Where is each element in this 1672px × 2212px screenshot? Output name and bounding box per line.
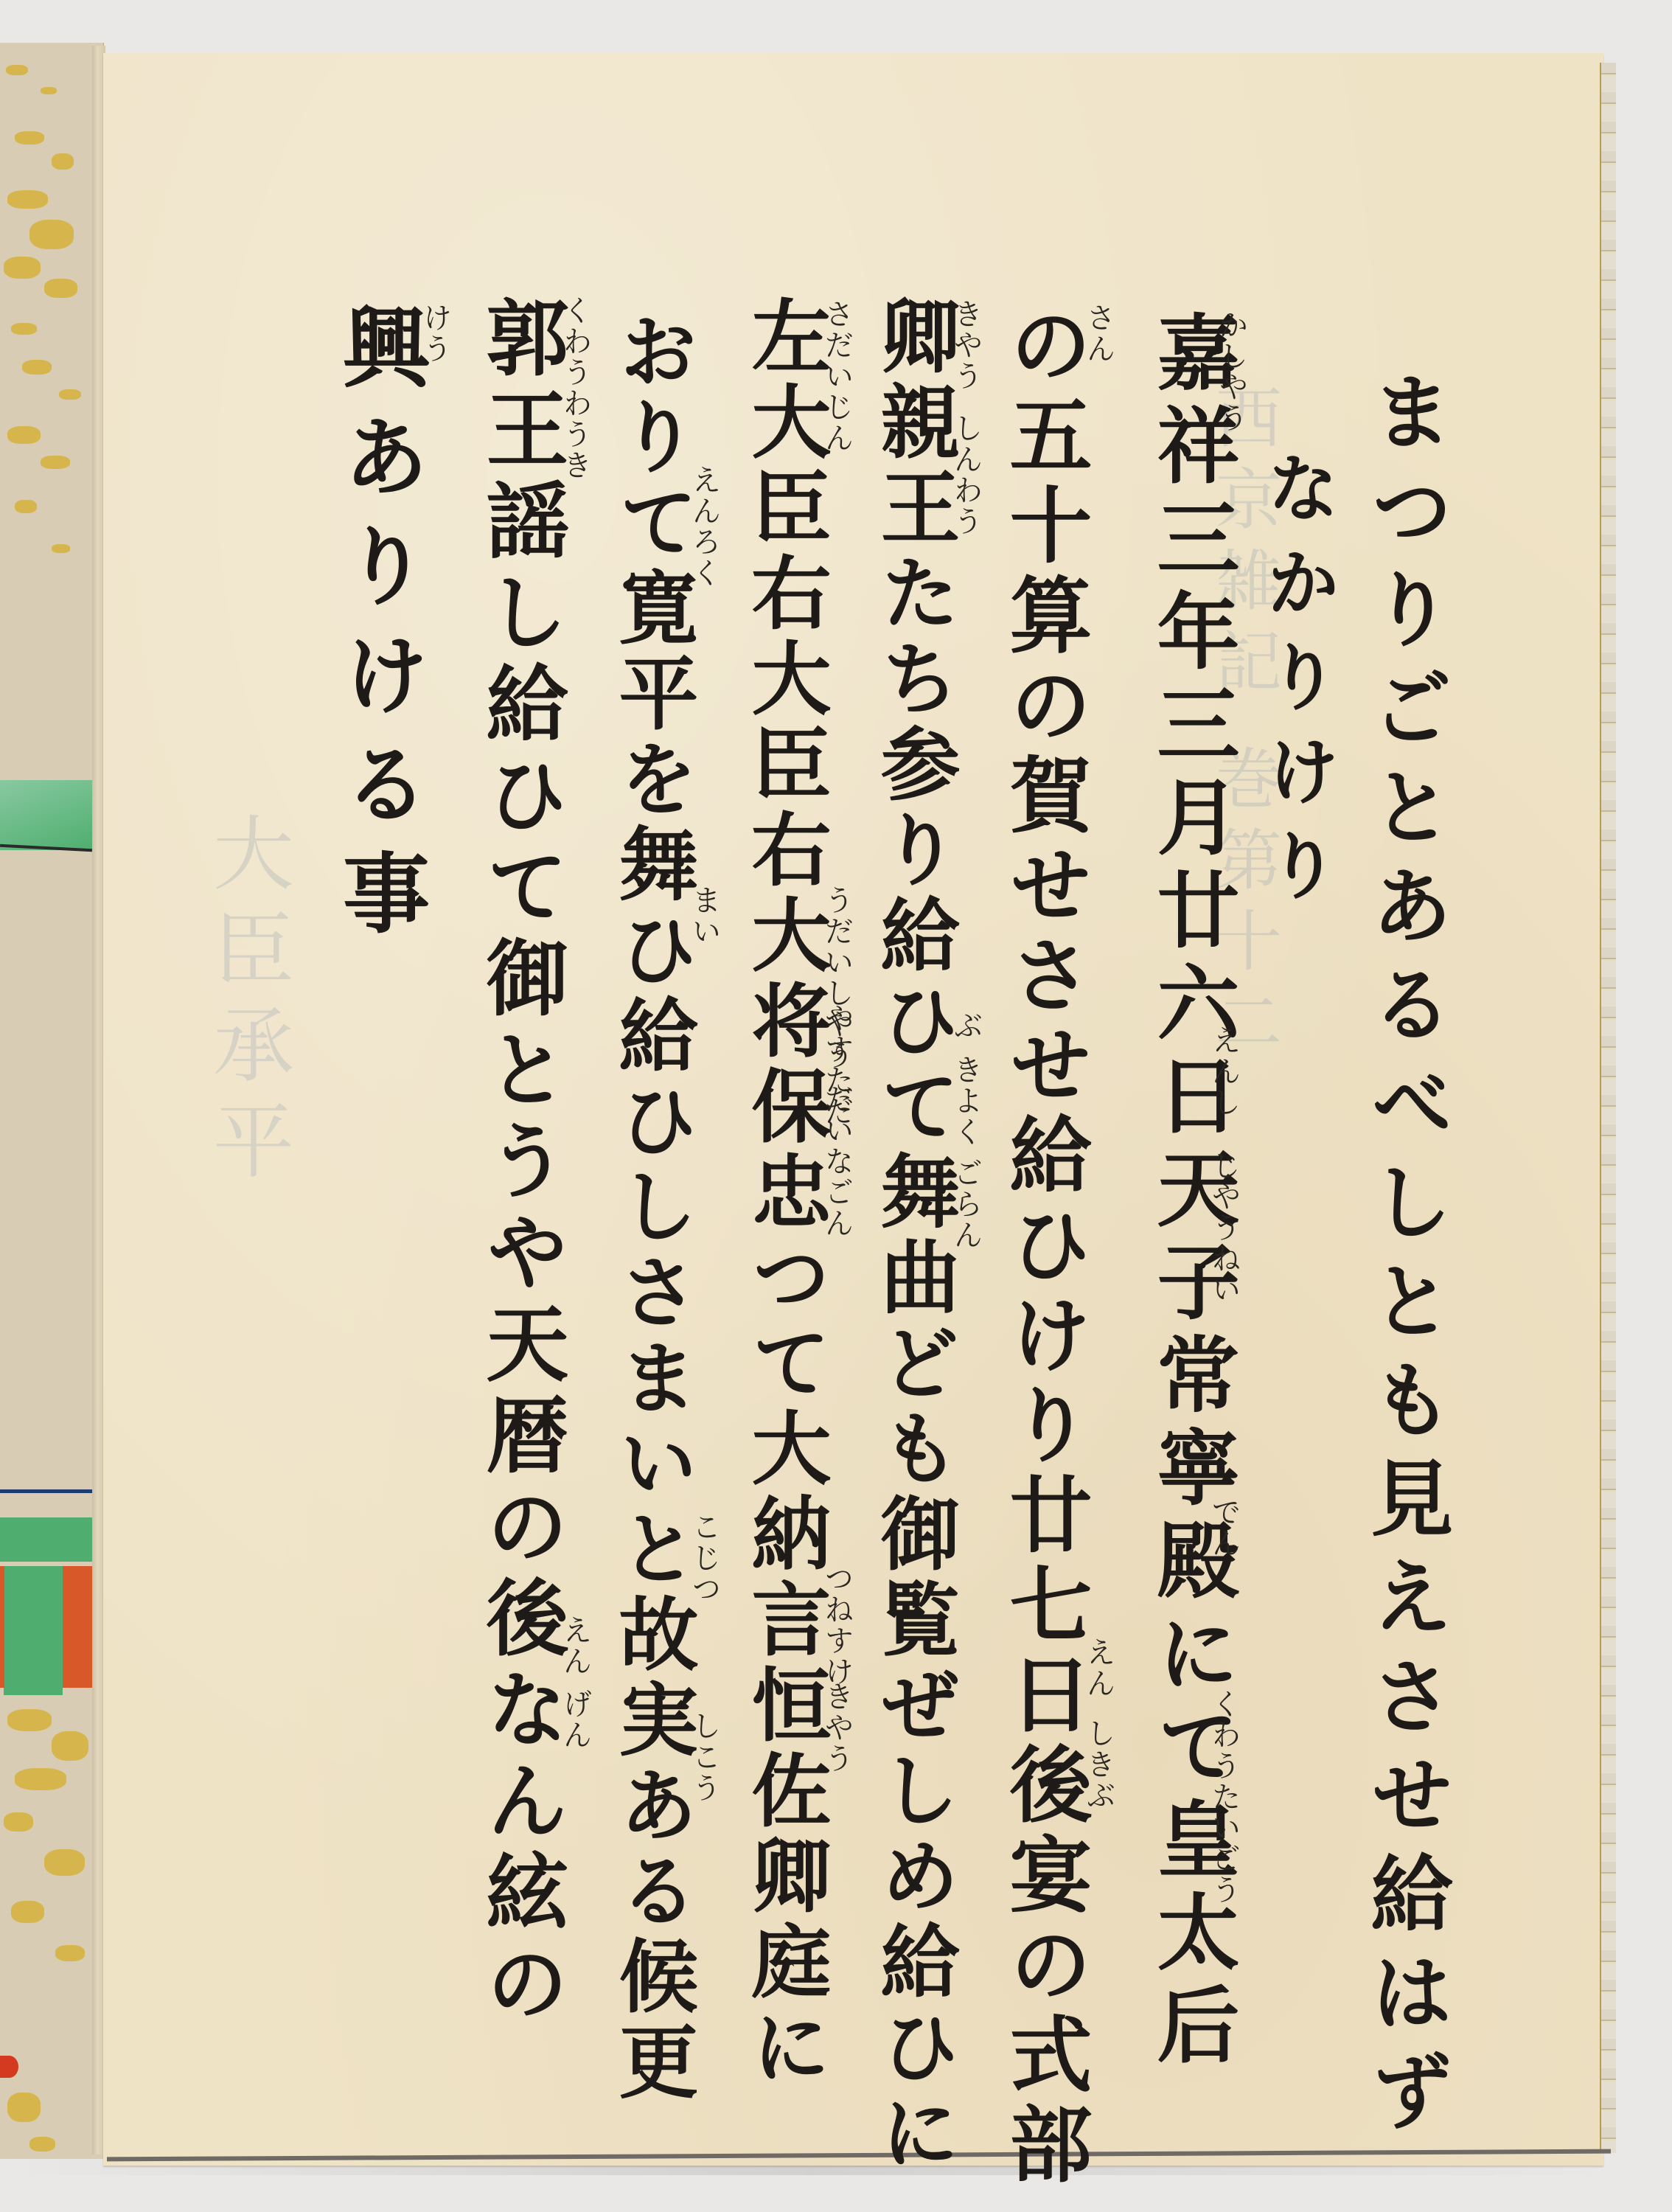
text-column-7: おりて寛平を舞ひ給ひしさまいと故実ある候更: [612, 310, 692, 2106]
furigana: まい: [689, 885, 719, 947]
left-illustrated-page: [0, 43, 104, 2159]
furigana: かしやう: [1216, 310, 1246, 434]
bleed-through-text: 大臣承平: [206, 811, 288, 1194]
text-column-6: 左大臣右大臣右大将保忠つて大納言恒佐卿庭に: [745, 295, 824, 2091]
furigana: えんし: [1209, 1025, 1239, 1118]
furigana: えんろく: [689, 465, 719, 588]
furigana: げん: [560, 1688, 590, 1750]
furigana: ぶ: [951, 1010, 980, 1041]
furigana: けう: [420, 302, 450, 364]
text-column-4: の五十算の賀せさせ給ひけり廿七日後宴の式部: [1003, 302, 1085, 2191]
furigana: えん: [560, 1615, 590, 1677]
text-column-8: 郭王謡し給ひて御とうや天暦の後なん絃の: [479, 295, 562, 2032]
furigana: きやう: [951, 299, 980, 392]
furigana: えん: [1084, 1637, 1113, 1699]
furigana: こじつ: [689, 1512, 719, 1604]
furigana: くわうたいごう: [1209, 1688, 1239, 1905]
furigana: しんわう: [951, 413, 980, 537]
furigana: じやうねい: [1209, 1150, 1239, 1305]
text-column-9: 興ありける事: [335, 302, 422, 957]
text-column-5: 卿親王たち参り給ひて舞曲ども御覧ぜしめ給ひに: [874, 295, 953, 2177]
furigana: だいなごん: [822, 1084, 851, 1239]
furigana: しこう: [689, 1711, 719, 1804]
furigana: でん: [1209, 1497, 1239, 1559]
furigana: しきぶ: [1084, 1718, 1113, 1811]
furigana: さだいじん: [822, 299, 851, 453]
furigana: さん: [1084, 302, 1113, 364]
furigana: くわうわうき: [560, 295, 590, 481]
furigana: ごらん: [951, 1158, 980, 1251]
text-column-1: まつりごとあるべしとも見えさせ給はず: [1364, 369, 1446, 2147]
text-column-2: なかりけり: [1261, 450, 1334, 922]
furigana: きやう: [822, 1681, 851, 1774]
page-fore-edge: [1600, 63, 1616, 2153]
furigana: つねすけ: [822, 1563, 851, 1687]
furigana: きよく: [951, 1054, 980, 1147]
